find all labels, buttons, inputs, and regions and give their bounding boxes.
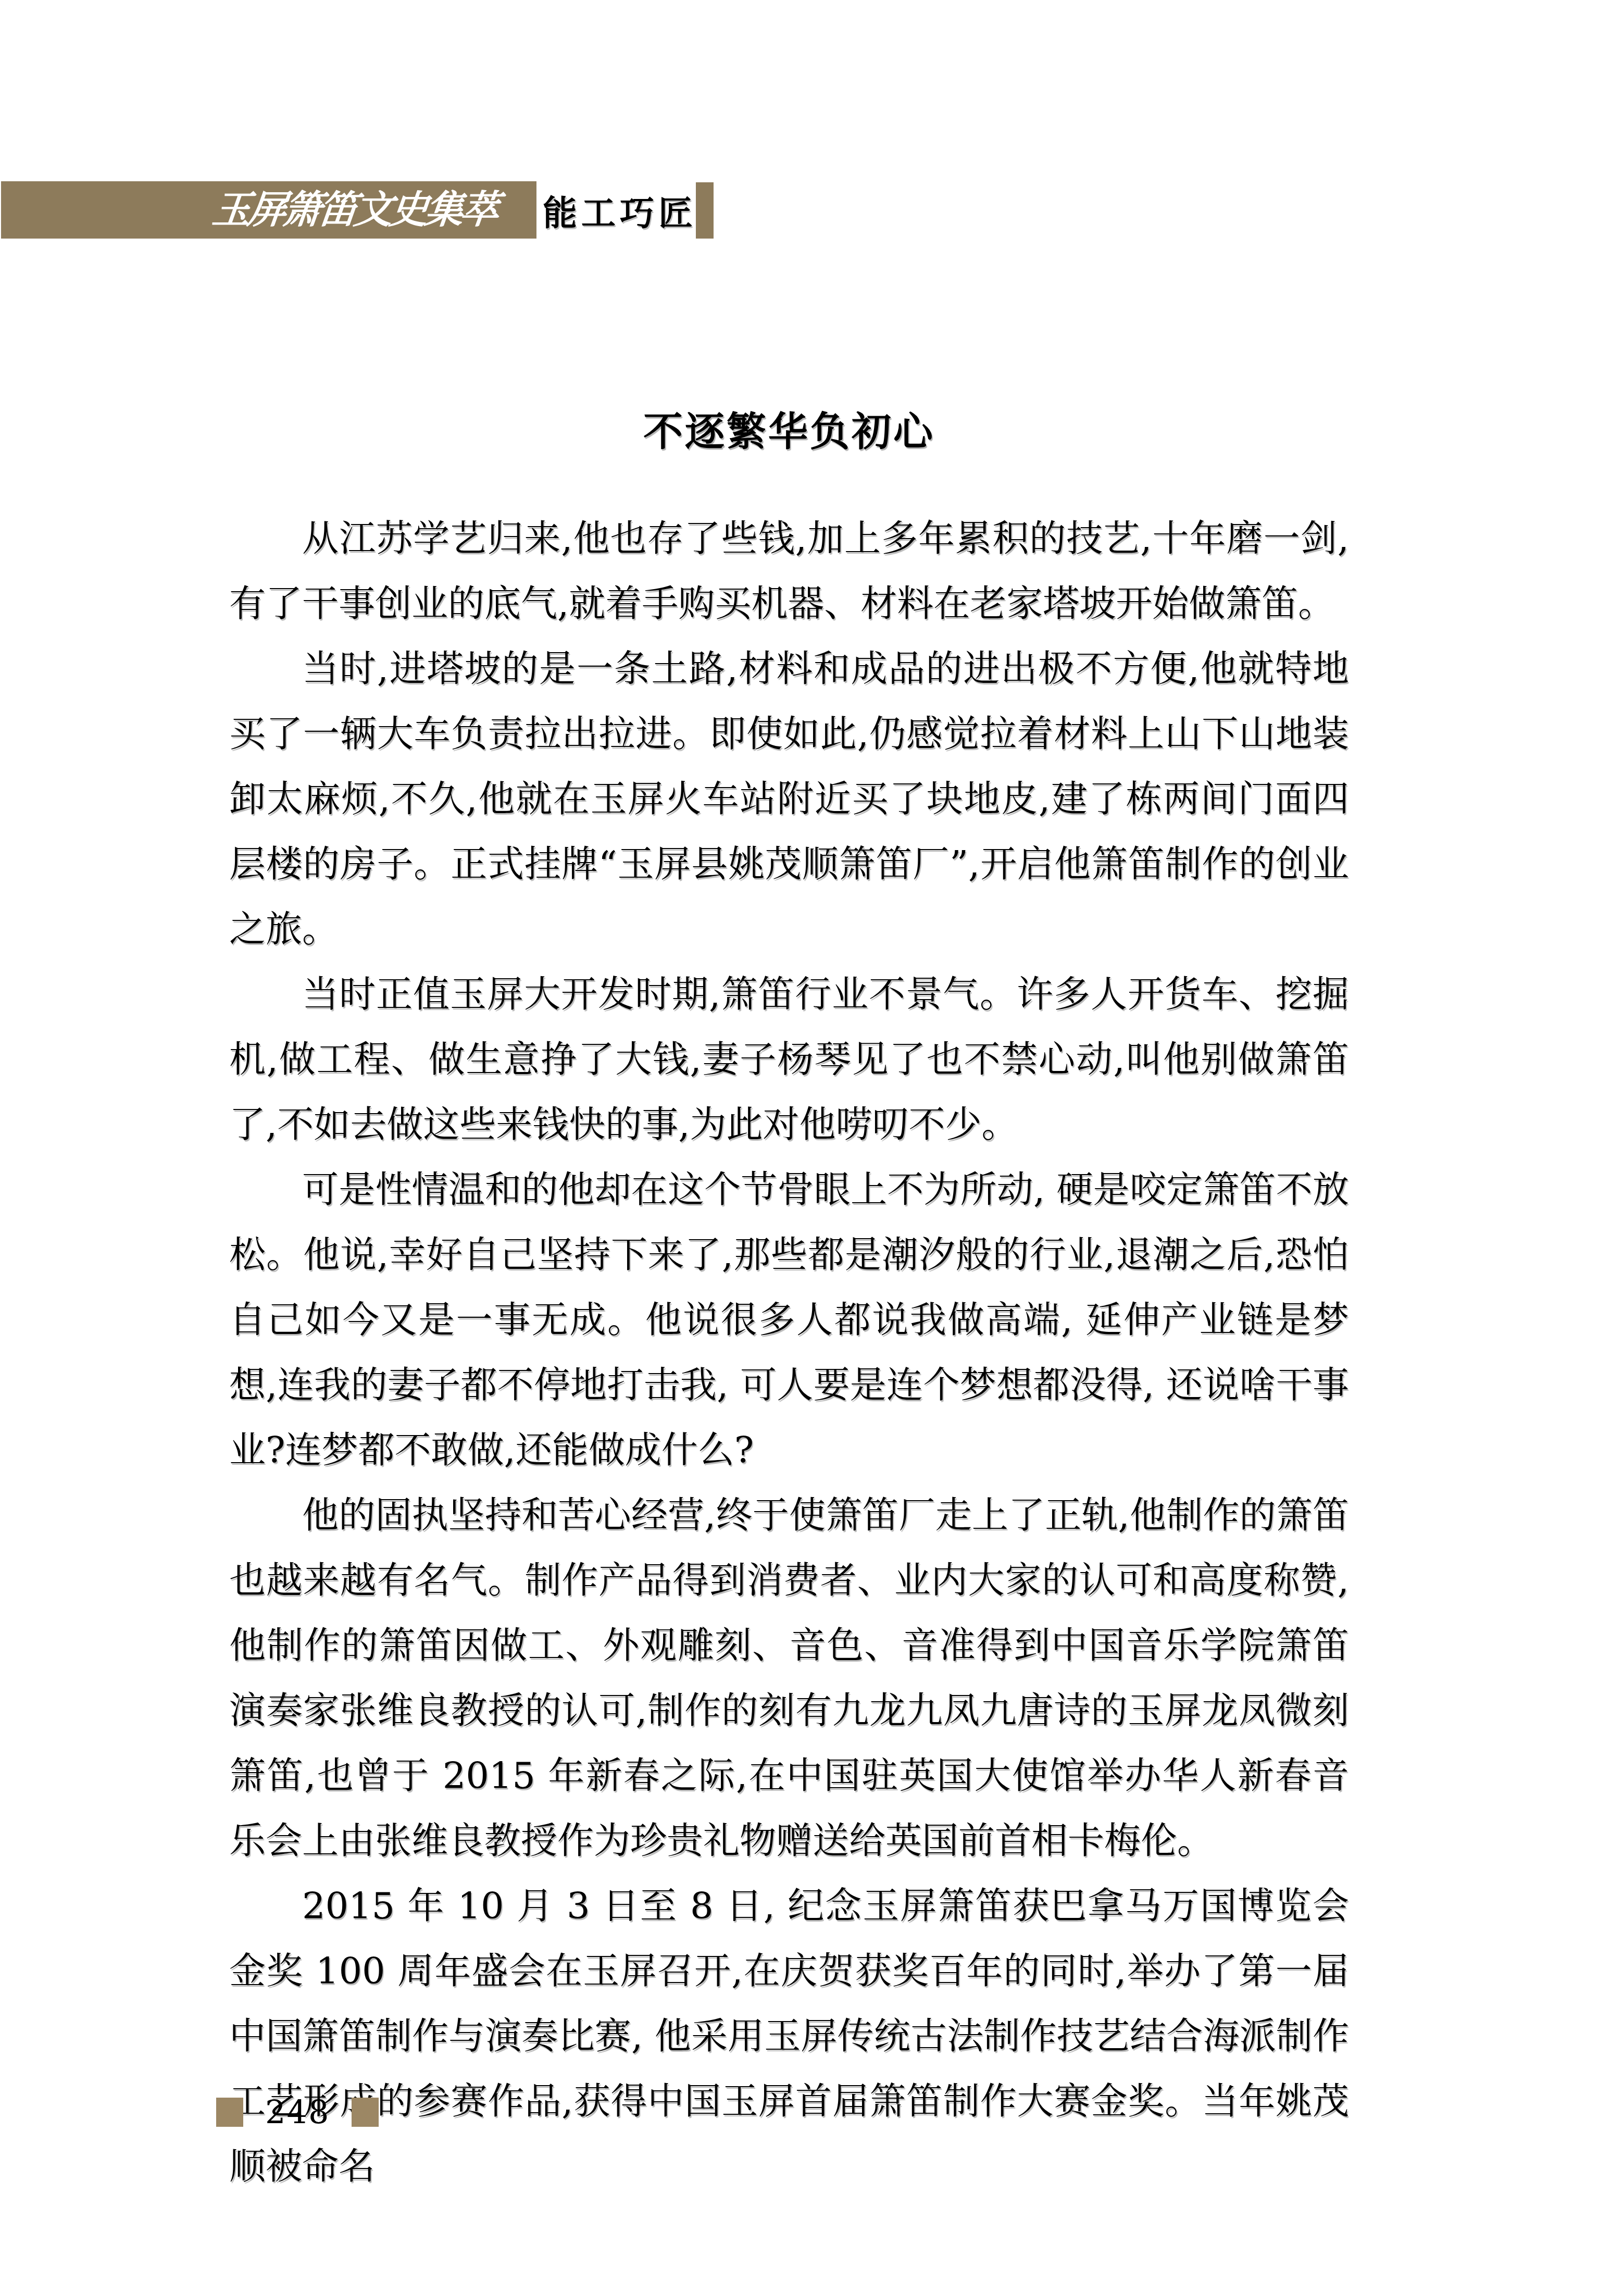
page-title: 不逐繁华负初心 (229, 399, 1349, 464)
footer-ornament-left (216, 2098, 243, 2127)
body-paragraph: 他的固执坚持和苦心经营,终于使箫笛厂走上了正轨,他制作的箫笛也越来越有名气。制作… (229, 1483, 1349, 1874)
page-number: 248 (265, 2096, 330, 2128)
page-footer: 248 (216, 2096, 379, 2128)
footer-ornament-right (352, 2098, 379, 2127)
body-paragraph: 可是性情温和的他却在这个节骨眼上不为所动, 硬是咬定箫笛不放松。他说,幸好自己坚… (229, 1157, 1349, 1483)
body-text: 从江苏学艺归来,他也存了些钱,加上多年累积的技艺,十年磨一剑,有了干事创业的底气… (229, 506, 1349, 2199)
book-page: { "page": { "header": { "banner_calligra… (0, 0, 1624, 2269)
body-paragraph: 当时,进塔坡的是一条土路,材料和成品的进出极不方便,他就特地买了一辆大车负责拉出… (229, 637, 1349, 962)
body-paragraph: 从江苏学艺归来,他也存了些钱,加上多年累积的技艺,十年磨一剑,有了干事创业的底气… (229, 506, 1349, 637)
section-label: 能工巧匠 (543, 181, 697, 239)
header-accent-bar (696, 182, 714, 239)
body-paragraph: 2015 年 10 月 3 日至 8 日, 纪念玉屏箫笛获巴拿马万国博览会金奖 … (229, 1874, 1349, 2199)
header-banner: 玉屏箫笛文史集萃 (1, 181, 536, 239)
body-paragraph: 当时正值玉屏大开发时期,箫笛行业不景气。许多人开货车、挖掘机,做工程、做生意挣了… (229, 962, 1349, 1157)
banner-calligraphy-title: 玉屏箫笛文史集萃 (210, 191, 498, 229)
